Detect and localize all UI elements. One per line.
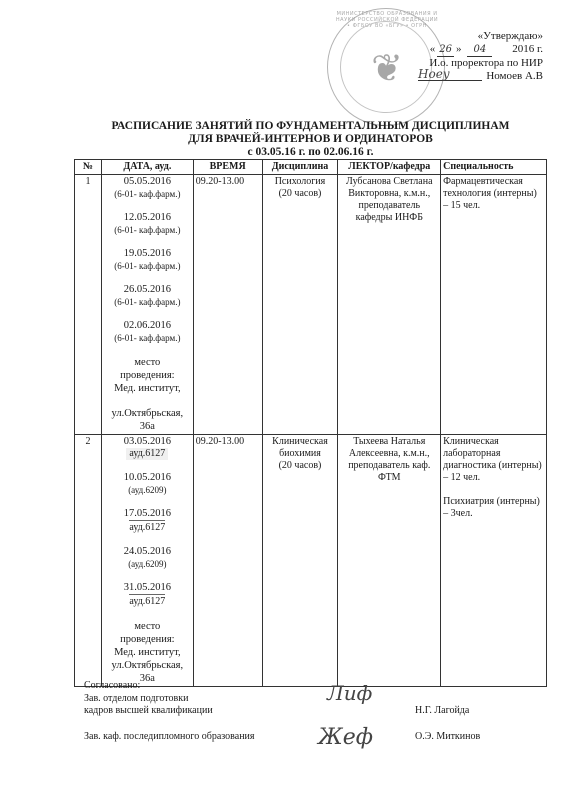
header-time: ВРЕМЯ — [193, 160, 262, 175]
signer1-name: Н.Г. Лагойда — [415, 705, 469, 718]
row-number: 1 — [75, 175, 102, 435]
discipline-name: Психология — [265, 176, 336, 188]
venue-institute: Мед. институт, — [104, 646, 191, 659]
row-lecturer: Тыхеева Наталья Алексеевна, к.м.н., преп… — [338, 435, 441, 687]
date-value: 17.05.2016 — [104, 508, 191, 520]
room-value: (6-01- каф.фарм.) — [104, 224, 191, 236]
date-entry: 02.06.2016 (6-01- каф.фарм.) — [104, 320, 191, 344]
approval-day: 26 — [437, 43, 454, 57]
date-entry: 24.05.2016 (ауд.6209) — [104, 546, 191, 570]
venue-street: ул.Октябрьская, — [104, 407, 191, 420]
approval-month: 04 — [467, 43, 492, 57]
specialty-item: Фармацевтическая технология (интерны) – … — [443, 176, 544, 212]
date-value: 31.05.2016 — [104, 582, 191, 594]
table-row: 2 03.05.2016 ауд.6127 10.05.2016 (ауд.62… — [75, 435, 547, 687]
approval-heading: «Утверждаю» — [393, 30, 543, 43]
row-dates: 05.05.2016 (6-01- каф.фарм.) 12.05.2016 … — [101, 175, 193, 435]
venue-street: ул.Октябрьская, — [104, 659, 191, 672]
room-value: ауд.6127 — [126, 448, 168, 460]
header-lecturer: ЛЕКТОР/кафедра — [338, 160, 441, 175]
approval-year: 2016 г. — [512, 43, 543, 55]
document-title: РАСПИСАНИЕ ЗАНЯТИЙ ПО ФУНДАМЕНТАЛЬНЫМ ДИ… — [74, 120, 547, 159]
venue-building: 36а — [104, 420, 191, 433]
date-value: 05.05.2016 — [104, 176, 191, 188]
date-value: 26.05.2016 — [104, 284, 191, 296]
approval-footer: Согласовано: Зав. отделом подготовки кад… — [84, 680, 504, 743]
approval-date: «26»042016 г. — [393, 43, 543, 57]
table-header-row: № ДАТА, ауд. ВРЕМЯ Дисциплина ЛЕКТОР/каф… — [75, 160, 547, 175]
room-value: ауд.6127 — [129, 594, 165, 608]
discipline-hours: (20 часов) — [265, 460, 336, 472]
header-number: № — [75, 160, 102, 175]
date-value: 03.05.2016 — [104, 436, 191, 448]
room-value: (ауд.6209) — [104, 484, 191, 496]
row-lecturer: Лубсанова Светлана Викторовна, к.м.н., п… — [338, 175, 441, 435]
row-time: 09.20-13.00 — [193, 175, 262, 435]
signer2-name: О.Э. Миткинов — [415, 731, 480, 744]
role2-title: Зав. каф. последипломного образования — [84, 731, 255, 742]
venue-label: проведения: — [104, 633, 191, 646]
header-specialty: Специальность — [441, 160, 547, 175]
date-entry: 10.05.2016 (ауд.6209) — [104, 472, 191, 496]
date-entry: 03.05.2016 ауд.6127 — [104, 436, 191, 460]
discipline-hours: (20 часов) — [265, 188, 336, 200]
agreed-label: Согласовано: — [84, 680, 504, 693]
specialty-item: Клиническая лабораторная диагностика (ин… — [443, 436, 544, 484]
title-line-1: РАСПИСАНИЕ ЗАНЯТИЙ ПО ФУНДАМЕНТАЛЬНЫМ ДИ… — [74, 120, 547, 133]
date-entry: 17.05.2016 ауд.6127 — [104, 508, 191, 534]
role1-row: кадров высшей квалификации Н.Г. Лагойда — [84, 705, 504, 718]
room-value: (6-01- каф.фарм.) — [104, 296, 191, 308]
header-discipline: Дисциплина — [262, 160, 338, 175]
approval-date-open-quote: « — [430, 43, 436, 55]
date-entry: 19.05.2016 (6-01- каф.фарм.) — [104, 248, 191, 272]
role2-row: Зав. каф. последипломного образования О.… — [84, 731, 504, 744]
venue: место проведения: Мед. институт, ул.Октя… — [104, 620, 191, 685]
date-value: 10.05.2016 — [104, 472, 191, 484]
venue-label: проведения: — [104, 369, 191, 382]
row-discipline: Клиническая биохимия (20 часов) — [262, 435, 338, 687]
date-value: 02.06.2016 — [104, 320, 191, 332]
specialty-item: Психиатрия (интерны) – 3чел. — [443, 496, 544, 520]
date-entry: 31.05.2016 ауд.6127 — [104, 582, 191, 608]
date-value: 24.05.2016 — [104, 546, 191, 558]
row-specialty: Клиническая лабораторная диагностика (ин… — [441, 435, 547, 687]
date-entry: 26.05.2016 (6-01- каф.фарм.) — [104, 284, 191, 308]
header-date: ДАТА, ауд. — [101, 160, 193, 175]
room-value: (6-01- каф.фарм.) — [104, 188, 191, 200]
room-value: (ауд.6209) — [104, 558, 191, 570]
signature-2: Жеф — [318, 725, 378, 765]
schedule-table: № ДАТА, ауд. ВРЕМЯ Дисциплина ЛЕКТОР/каф… — [74, 159, 547, 687]
room-value: (6-01- каф.фарм.) — [104, 260, 191, 272]
date-value: 19.05.2016 — [104, 248, 191, 260]
venue-institute: Мед. институт, — [104, 382, 191, 395]
date-entry: 05.05.2016 (6-01- каф.фарм.) — [104, 176, 191, 200]
row-dates: 03.05.2016 ауд.6127 10.05.2016 (ауд.6209… — [101, 435, 193, 687]
signature-1: Лиф — [327, 681, 387, 721]
row-time: 09.20-13.00 — [193, 435, 262, 687]
discipline-name: Клиническая биохимия — [265, 436, 336, 460]
approval-date-close-quote: » — [456, 43, 462, 55]
room-value: (6-01- каф.фарм.) — [104, 332, 191, 344]
role1-line2: кадров высшей квалификации — [84, 705, 213, 716]
table-row: 1 05.05.2016 (6-01- каф.фарм.) 12.05.201… — [75, 175, 547, 435]
approval-signature: Ноеу — [418, 67, 482, 81]
title-line-2: ДЛЯ ВРАЧЕЙ-ИНТЕРНОВ И ОРДИНАТОРОВ — [74, 133, 547, 146]
row-specialty: Фармацевтическая технология (интерны) – … — [441, 175, 547, 435]
venue-label: место — [104, 620, 191, 633]
venue: место проведения: Мед. институт, ул.Октя… — [104, 356, 191, 433]
date-entry: 12.05.2016 (6-01- каф.фарм.) — [104, 212, 191, 236]
title-date-range: с 03.05.16 г. по 02.06.16 г. — [74, 146, 547, 159]
venue-label: место — [104, 356, 191, 369]
room-value: ауд.6127 — [129, 520, 165, 534]
row-number: 2 — [75, 435, 102, 687]
row-discipline: Психология (20 часов) — [262, 175, 338, 435]
date-value: 12.05.2016 — [104, 212, 191, 224]
role1-line1: Зав. отделом подготовки — [84, 693, 504, 706]
